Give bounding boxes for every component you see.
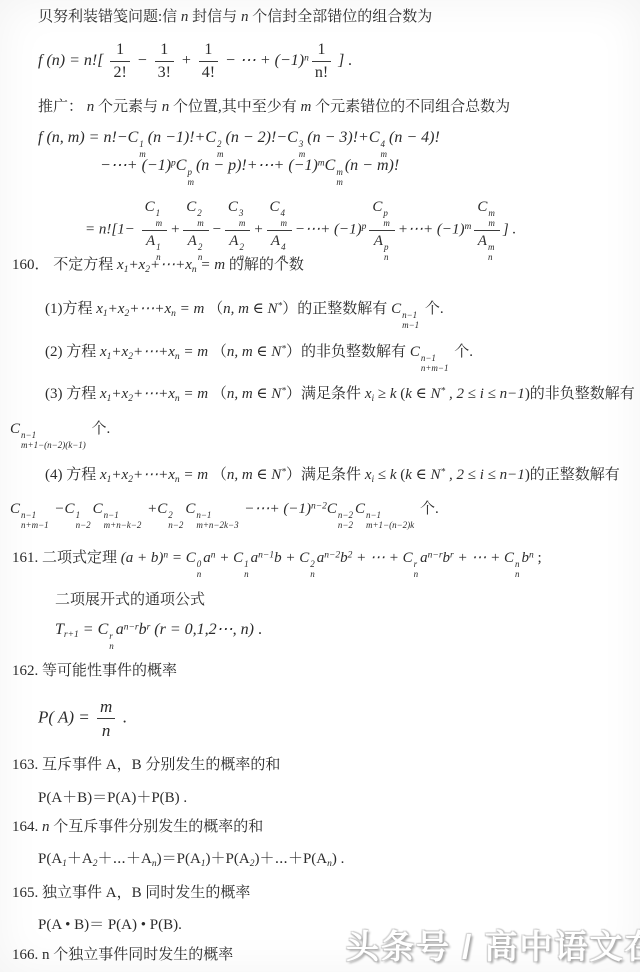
math-run: − ⋯ + (−1) [221, 52, 304, 69]
text-run: )＋P(A [206, 851, 250, 867]
stacked-sub: n [310, 569, 315, 579]
formula-fnm-line2: −⋯+ (−1)pCpm(n − p)!+⋯+ (−1)mCmm(n − m)! [100, 156, 399, 188]
stacked-sup: n [515, 559, 520, 569]
item-164-formula: P(A1＋A2＋⋯＋An)＝P(A1)＋P(A2)＋⋯＋P(An) . [38, 850, 344, 871]
item-160-4: (4) 方程 x1+x2+⋯+xn = m （n, m ∈ N*）满足条件 xi… [45, 466, 620, 487]
text-run: n! [315, 64, 328, 81]
fraction: C3mA2n [225, 198, 251, 262]
item-166-heading: 166. n 个独立事件同时发生的概率 [12, 946, 233, 965]
text-run: （ [208, 344, 227, 360]
superscript: n−1 [258, 550, 274, 560]
math-run: +⋯+x [133, 467, 175, 483]
text-run: (3) 方程 [45, 386, 100, 402]
stacked-sup: p [384, 242, 389, 252]
math-run: +C [143, 501, 167, 517]
text-run: 个信封全部错位的组合数为 [248, 9, 432, 25]
superscript: n−2 [324, 550, 340, 560]
math-run: k ∈ N [405, 386, 440, 402]
math-run: +x [111, 467, 128, 483]
math-run: C [270, 199, 280, 215]
stacked-scripts: n−1m−1 [402, 310, 419, 331]
math-run: ] . [334, 52, 352, 69]
text-run: 4! [202, 64, 215, 81]
text-run: （ [208, 467, 227, 483]
stacked-sub: m [281, 218, 288, 228]
stacked-sup: 0 [197, 559, 202, 569]
item-161-heading: 161. 二项式定理 (a + b)n = C0nan + C1nan−1b +… [12, 549, 542, 580]
text-run: 3! [158, 64, 171, 81]
stacked-sup: 2 [168, 510, 173, 520]
fraction-denominator: 3! [155, 61, 174, 83]
math-run: n, m ∈ N [227, 344, 281, 360]
stacked-sup: 2 [310, 559, 315, 569]
math-run: x [96, 301, 103, 317]
stacked-sub: n [197, 569, 202, 579]
stacked-sup: 2 [239, 242, 244, 252]
stacked-scripts: mm [488, 208, 495, 229]
math-run: C [145, 199, 155, 215]
stacked-scripts: n−1m+1−(n−2)(k−1) [21, 430, 86, 451]
text-run: 个. [88, 421, 111, 437]
text-run: 162. 等可能性事件的概率 [12, 663, 177, 679]
math-run: x [100, 344, 107, 360]
stacked-sub: m+1−(n−2)(k−1) [21, 440, 86, 450]
math-run: m [100, 697, 112, 716]
fraction-denominator: 4! [199, 61, 218, 83]
math-run: C [391, 301, 401, 317]
text-run: )的非负整数解有 [525, 386, 635, 402]
text-run: P(A • B)＝ P(A) • P(B). [38, 917, 182, 933]
fraction-numerator: Cmm [474, 198, 500, 230]
stacked-sup: r [414, 559, 418, 569]
text-run: （ [204, 301, 223, 317]
math-run: A [188, 233, 197, 249]
text-run: 2! [113, 64, 126, 81]
math-run: −C [51, 501, 75, 517]
math-run: n, m ∈ N [227, 386, 281, 402]
math-run: +⋯+x [150, 257, 192, 273]
stacked-sup: m [488, 208, 495, 218]
text-run: 1 [116, 41, 124, 58]
math-run: C [410, 344, 420, 360]
fraction-denominator: Apn [369, 230, 395, 263]
text-run: 1 [317, 41, 325, 58]
text-run: 个. [421, 301, 444, 317]
text-run: 161. 二项式定理 [12, 550, 121, 566]
math-run: f (n) = n![ [38, 52, 107, 69]
text-run: 推广： [38, 99, 87, 115]
stacked-sup: 2 [198, 242, 203, 252]
math-run: (r = 0,1,2⋯, n) [150, 621, 254, 638]
text-run: )＋⋯＋P(A [254, 851, 327, 867]
fraction-numerator: C2m [183, 198, 209, 230]
text-run: ( [397, 467, 406, 483]
math-run: ≤ k [374, 467, 396, 483]
math-run: +⋯+x [129, 301, 171, 317]
stacked-sup: 1 [139, 139, 144, 149]
text-run: ( [397, 386, 406, 402]
text-run: 个. [450, 344, 473, 360]
fraction-numerator: m [97, 696, 115, 718]
formula-fnm-line3: = n![1− C1mA1n+C2mA2n−C3mA2n+C4mA4n−⋯+ (… [85, 198, 516, 262]
fraction-denominator: n! [312, 61, 331, 83]
stacked-sup: 1 [156, 242, 161, 252]
text-run: 封信与 [188, 9, 241, 25]
fraction-numerator: Cpm [369, 198, 395, 230]
stacked-scripts: 1n [244, 559, 249, 580]
fraction-denominator: Amn [474, 230, 500, 263]
item-160-3b: Cn−1m+1−(n−2)(k−1) 个. [10, 420, 110, 451]
stacked-sup: n−2 [338, 510, 353, 520]
stacked-sub: n [414, 569, 419, 579]
math-run: = C [168, 550, 196, 566]
text-run: )＝P(A [157, 851, 201, 867]
math-run: A [478, 233, 487, 249]
math-run: C [327, 501, 337, 517]
stacked-sub: m+n−k−2 [104, 520, 142, 530]
math-run: + ⋯ + C [352, 550, 412, 566]
math-run: (n − 4)! [389, 129, 440, 146]
text-run: 个互斥事件分别发生的概率的和 [50, 819, 264, 835]
stacked-scripts: n−1n+m−1 [21, 510, 49, 531]
fraction-numerator: 1 [110, 40, 129, 61]
stacked-sup: n−1 [421, 353, 436, 363]
stacked-sup: p [383, 208, 388, 218]
math-run: + C [282, 550, 310, 566]
stacked-sup: m [488, 242, 495, 252]
stacked-sup: p [187, 167, 192, 177]
item-160-4b: Cn−1n+m−1 −C1n−2Cn−1m+n−k−2 +C2n−2Cn−1m+… [10, 500, 439, 531]
math-run: (n − m)! [345, 157, 399, 174]
item-160-1: (1)方程 x1+x2+⋯+xn = m （n, m ∈ N*）的正整数解有 C… [45, 300, 444, 331]
math-run: = n![1− [85, 222, 139, 238]
stacked-scripts: 4m [281, 208, 288, 229]
math-run: f (n, m) = n!−C [38, 129, 138, 146]
text-run: ＋⋯＋A [98, 851, 152, 867]
text-run: . [254, 621, 262, 638]
stacked-scripts: n−2n−2 [338, 510, 353, 531]
stacked-sub: n+m−1 [421, 363, 449, 373]
fraction: C4mA4n [267, 198, 293, 262]
stacked-scripts: 2n−2 [168, 510, 183, 531]
stacked-sub: m+n−2k−3 [196, 520, 238, 530]
math-run: n, m ∈ N [227, 467, 281, 483]
stacked-sup: 1 [244, 559, 249, 569]
text-run: ) . [332, 851, 345, 867]
stacked-sup: 4 [381, 139, 386, 149]
stacked-sub: n [488, 252, 493, 262]
fraction-numerator: C4m [267, 198, 293, 230]
math-run: C [186, 199, 196, 215]
stacked-scripts: 0n [197, 559, 202, 580]
formula-derangement: f (n) = n![ 12! − 13! + 14! − ⋯ + (−1)n1… [38, 40, 352, 83]
stacked-sup: 4 [281, 208, 286, 218]
math-run: A [146, 233, 155, 249]
superscript: m [318, 158, 325, 168]
math-run: = m [180, 386, 208, 402]
fraction-denominator: 2! [110, 61, 129, 83]
math-run: P( A) = [38, 708, 94, 727]
stacked-sub: n [244, 569, 249, 579]
math-run: +x [128, 257, 145, 273]
stacked-sub: m [383, 218, 390, 228]
math-run: A [271, 233, 280, 249]
text-run: ）满足条件 [286, 386, 365, 402]
stacked-scripts: 2n [310, 559, 315, 580]
stacked-sub: n−2 [76, 520, 91, 530]
math-run: x [100, 386, 107, 402]
math-run: (n − 2)!−C [226, 129, 298, 146]
math-run: = m [176, 301, 204, 317]
math-run: − [133, 52, 152, 69]
math-run: b [139, 621, 147, 638]
text-run: 160． 不定方程 [12, 257, 117, 273]
stacked-scripts: 1m [156, 208, 163, 229]
fraction: 12! [110, 40, 129, 83]
math-run: A [229, 233, 238, 249]
text-run: (1)方程 [45, 301, 96, 317]
stacked-scripts: n−1n+m−1 [421, 353, 449, 374]
math-run: b [521, 550, 529, 566]
text-run: P(A＋B)＝P(A)＋P(B) . [38, 790, 187, 806]
item-162-formula: P( A) = mn . [38, 696, 127, 742]
text-run: ）满足条件 [286, 467, 365, 483]
stacked-sup: 4 [281, 242, 286, 252]
math-run: n [42, 819, 50, 835]
fraction: CmmAmn [474, 198, 500, 262]
stacked-scripts: n−1m+n−2k−3 [196, 510, 238, 531]
stacked-sup: n−1 [104, 510, 119, 520]
math-run: a [420, 550, 428, 566]
fraction-numerator: C3m [225, 198, 251, 230]
superscript: n−r [124, 622, 139, 632]
stacked-scripts: 2m [197, 208, 204, 229]
math-run: = m [180, 467, 208, 483]
text-run: P(A [38, 851, 62, 867]
math-run: +⋯+ (−1) [398, 222, 465, 238]
math-run: C [176, 157, 187, 174]
stacked-sup: 3 [239, 208, 244, 218]
math-run: +x [111, 344, 128, 360]
math-run: + [170, 222, 180, 238]
fraction: 13! [155, 40, 174, 83]
text-run: ）的正整数解有 [282, 301, 391, 317]
text-run: (4) 方程 [45, 467, 100, 483]
item-165-formula: P(A • B)＝ P(A) • P(B). [38, 916, 182, 935]
math-run: n, m ∈ N [223, 301, 277, 317]
stacked-sub: m [156, 218, 163, 228]
math-run: C [185, 501, 195, 517]
stacked-scripts: pm [383, 208, 390, 229]
stacked-sup: 1 [156, 208, 161, 218]
math-run: x [117, 257, 124, 273]
fraction: C2mA2n [183, 198, 209, 262]
math-run: = m [180, 344, 208, 360]
stacked-sub: m−1 [402, 320, 419, 330]
fraction: CpmApn [369, 198, 395, 262]
text-run: 163. 互斥事件 A，B 分别发生的概率的和 [12, 757, 280, 773]
stacked-scripts: 1n−2 [76, 510, 91, 531]
stacked-scripts: n−1m+n−k−2 [104, 510, 142, 531]
item-160-heading: 160． 不定方程 x1+x2+⋯+xn = m 的解的个数 [12, 256, 304, 277]
math-run: , 2 ≤ i ≤ n−1 [445, 386, 525, 402]
watermark: 头条号 / 高中语文在线 [346, 921, 640, 968]
text-run: 165. 独立事件 A，B 同时发生的概率 [12, 885, 250, 901]
stacked-sub: m [239, 218, 246, 228]
math-run: +⋯+x [133, 344, 175, 360]
document-page: 头条号 / 高中语文在线 贝努利装错笺问题:信 n 封信与 n 个信封全部错位的… [0, 0, 640, 972]
math-run: T [55, 621, 64, 638]
math-run: (n − p)!+⋯+ (−1) [196, 157, 318, 174]
text-run: ＋A [67, 851, 93, 867]
stacked-scripts: pn [384, 242, 389, 263]
fraction-denominator: n [97, 718, 115, 741]
math-run: C [10, 421, 20, 437]
stacked-sup: n−1 [21, 430, 36, 440]
stacked-scripts: mn [488, 242, 495, 263]
math-run: a [203, 550, 211, 566]
stacked-sub: n+m−1 [21, 520, 49, 530]
item-163-formula: P(A＋B)＝P(A)＋P(B) . [38, 789, 187, 808]
stacked-sup: 1 [76, 510, 81, 520]
item-162-heading: 162. 等可能性事件的概率 [12, 662, 177, 681]
math-run: +x [111, 386, 128, 402]
stacked-sup: m [336, 167, 343, 177]
stacked-sub: n−2 [338, 520, 353, 530]
math-run: C [477, 199, 487, 215]
stacked-sup: 3 [299, 139, 304, 149]
text-run: 的解的个数 [225, 257, 304, 273]
formula-fnm-line1: f (n, m) = n!−C1m(n −1)!+C2m(n − 2)!−C3m… [38, 128, 440, 160]
stacked-sub: n [515, 569, 520, 579]
text-run: 166. n 个独立事件同时发生的概率 [12, 947, 233, 963]
stacked-sub: n [109, 641, 114, 651]
text-run: 二项展开式的通项公式 [55, 592, 205, 608]
fraction-numerator: C1m [142, 198, 168, 230]
text-run: . [118, 708, 127, 727]
text-run: ）的非负整数解有 [286, 344, 410, 360]
fraction: 14! [199, 40, 218, 83]
stacked-sub: m [187, 177, 194, 187]
math-run: m [301, 99, 312, 115]
math-run: −⋯+ (−1) [295, 222, 362, 238]
fraction: 1n! [312, 40, 331, 83]
math-run: + C [216, 550, 244, 566]
fraction-numerator: 1 [199, 40, 218, 61]
math-run: C [228, 199, 238, 215]
math-run: C [325, 157, 336, 174]
subscript: r+1 [64, 630, 79, 640]
fraction-numerator: 1 [155, 40, 174, 61]
stacked-sup: n−1 [21, 510, 36, 520]
math-run: C [10, 501, 20, 517]
text-run: )的正整数解有 [525, 467, 620, 483]
math-run: n [102, 721, 111, 740]
superscript: n [304, 53, 309, 63]
stacked-sub: m [336, 177, 343, 187]
math-run: , 2 ≤ i ≤ n−1 [445, 467, 525, 483]
math-run: ≥ k [374, 386, 396, 402]
fraction-numerator: 1 [312, 40, 331, 61]
math-run: + [253, 222, 263, 238]
math-run: +⋯+x [133, 386, 175, 402]
stacked-sup: n−1 [196, 510, 211, 520]
item-165-heading: 165. 独立事件 A，B 同时发生的概率 [12, 884, 250, 903]
stacked-scripts: pm [187, 167, 194, 188]
stacked-scripts: 3m [239, 208, 246, 229]
stacked-scripts: mm [336, 167, 343, 188]
superscript: m [465, 222, 472, 232]
stacked-sup: 2 [197, 208, 202, 218]
text-run: 个元素错位的不同组合总数为 [311, 99, 510, 115]
stacked-scripts: nn [515, 559, 520, 580]
text-run: （ [208, 386, 227, 402]
stacked-sub: m+1−(n−2)k [366, 520, 414, 530]
item-160-2: (2) 方程 x1+x2+⋯+xn = m （n, m ∈ N*）的非负整数解有… [45, 343, 473, 374]
math-run: = C [79, 621, 108, 638]
math-run: +x [108, 301, 125, 317]
stacked-scripts: rn [414, 559, 419, 580]
math-run: C [372, 199, 382, 215]
stacked-sub: m [197, 218, 204, 228]
math-run: b [443, 550, 451, 566]
math-run: b [340, 550, 348, 566]
stacked-sup: n−1 [402, 310, 417, 320]
stacked-sup: n−1 [366, 510, 381, 520]
text-run: 1 [160, 41, 168, 58]
text-run: 164. [12, 819, 42, 835]
item-160-3: (3) 方程 x1+x2+⋯+xn = m （n, m ∈ N*）满足条件 xi… [45, 385, 635, 406]
text-run: 1 [204, 41, 212, 58]
text-run: (2) 方程 [45, 344, 100, 360]
text-run: 个. [416, 501, 439, 517]
intro-text: 贝努利装错笺问题:信 n 封信与 n 个信封全部错位的组合数为 [38, 8, 432, 27]
superscript: n−r [428, 550, 443, 560]
text-run: 个元素与 [94, 99, 162, 115]
math-run: + [177, 52, 196, 69]
math-run: A [374, 233, 383, 249]
math-run: = m [197, 257, 225, 273]
stacked-sub: n−2 [168, 520, 183, 530]
fraction: C1mA1n [142, 198, 168, 262]
math-run: − [212, 222, 222, 238]
item-164-heading: 164. n 个互斥事件分别发生的概率的和 [12, 818, 263, 837]
superscript: p [362, 222, 367, 232]
item-161-formula: Tr+1 = Crnan−rbr (r = 0,1,2⋯, n) . [55, 620, 262, 652]
superscript: n−2 [311, 501, 327, 511]
math-run: + ⋯ + C [454, 550, 514, 566]
math-run: (a + b) [121, 550, 164, 566]
text-run: ; [534, 550, 542, 566]
math-run: (n − 3)!+C [307, 129, 379, 146]
fraction: mn [97, 696, 115, 742]
math-run: −⋯+ (−1) [241, 501, 311, 517]
math-run: k ∈ N [405, 467, 440, 483]
extension-text: 推广： n 个元素与 n 个位置,其中至少有 m 个元素错位的不同组合总数为 [38, 98, 510, 117]
stacked-scripts: rn [109, 631, 114, 652]
stacked-sup: r [109, 631, 113, 641]
item-163-heading: 163. 互斥事件 A，B 分别发生的概率的和 [12, 756, 280, 775]
stacked-sup: 2 [217, 139, 222, 149]
math-run: x [100, 467, 107, 483]
stacked-scripts: n−1m+1−(n−2)k [366, 510, 414, 531]
math-run: C [355, 501, 365, 517]
text-run: 贝努利装错笺问题:信 [38, 9, 181, 25]
math-run: C [93, 501, 103, 517]
stacked-sub: m [488, 218, 495, 228]
math-run: b [274, 550, 282, 566]
math-run: a [116, 621, 124, 638]
